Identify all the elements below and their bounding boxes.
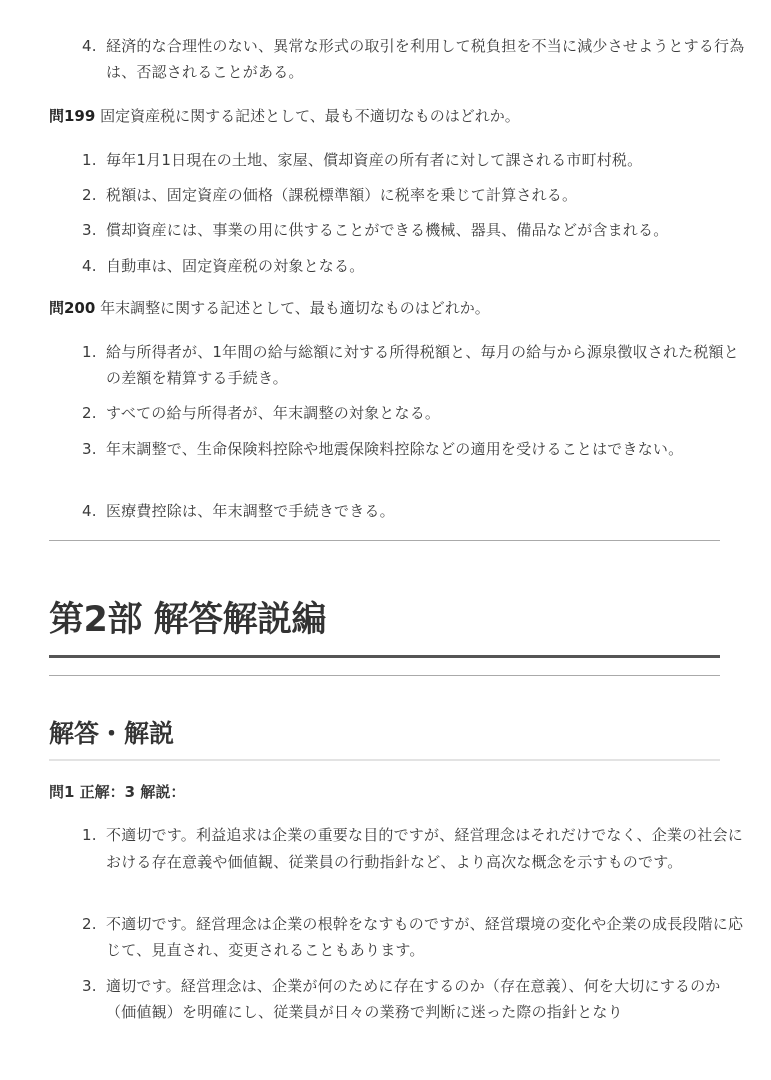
option-number: 3. — [82, 436, 106, 462]
option-text: 毎年1月1日現在の土地、家屋、償却資産の所有者に対して課される市町村税。 — [106, 151, 642, 169]
question-text: 年末調整に関する記述として、最も適切なものはどれか。 — [100, 299, 490, 317]
q199-option-4: 4.自動車は、固定資産税の対象となる。 — [82, 253, 746, 279]
answer-1-item-2: 2.不適切です。経営理念は企業の根幹をなすものですが、経営環境の変化や企業の成長… — [82, 911, 746, 963]
option-number: 1. — [82, 339, 106, 365]
answer-1-item-3: 3.適切です。経営理念は、企業が何のために存在するのか（存在意義）、何を大切にす… — [82, 973, 746, 1025]
item-number: 1. — [82, 822, 106, 849]
answer-1-item-1: 1.不適切です。利益追求は企業の重要な目的ですが、経営理念はそれだけでなく、企業… — [82, 822, 746, 876]
title-underline — [49, 655, 720, 658]
q199-option-3: 3.償却資産には、事業の用に供することができる機械、器具、備品などが含まれる。 — [82, 217, 746, 243]
option-text: 償却資産には、事業の用に供することができる機械、器具、備品などが含まれる。 — [106, 221, 668, 239]
option-number: 4. — [82, 33, 106, 59]
item-number: 2. — [82, 911, 106, 937]
option-text: 医療費控除は、年末調整で手続きできる。 — [106, 502, 395, 520]
question-label: 問199 — [49, 107, 95, 125]
q200-option-3: 3.年末調整で、生命保険料控除や地震保険料控除などの適用を受けることはできない。 — [82, 436, 746, 462]
question-text: 固定資産税に関する記述として、最も不適切なものはどれか。 — [100, 107, 520, 125]
option-number: 4. — [82, 498, 106, 524]
section-title-underline — [49, 759, 720, 761]
question-200: 問200 年末調整に関する記述として、最も適切なものはどれか。 — [49, 296, 720, 320]
item-text: 適切です。経営理念は、企業が何のために存在するのか（存在意義）、何を大切にするの… — [106, 977, 721, 1021]
q200-option-4: 4.医療費控除は、年末調整で手続きできる。 — [82, 498, 746, 524]
q199-option-1: 1.毎年1月1日現在の土地、家屋、償却資産の所有者に対して課される市町村税。 — [82, 147, 746, 173]
option-text: 税額は、固定資産の価格（課税標準額）に税率を乗じて計算される。 — [106, 186, 577, 204]
question-label: 問200 — [49, 299, 95, 317]
option-number: 2. — [82, 400, 106, 426]
option-number: 2. — [82, 182, 106, 208]
option-text: 経済的な合理性のない、異常な形式の取引を利用して税負担を不当に減少させようとする… — [106, 37, 744, 81]
item-number: 3. — [82, 973, 106, 999]
item-text: 不適切です。経営理念は企業の根幹をなすものですが、経営環境の変化や企業の成長段階… — [106, 915, 743, 959]
q199-option-2: 2.税額は、固定資産の価格（課税標準額）に税率を乗じて計算される。 — [82, 182, 746, 208]
option-number: 4. — [82, 253, 106, 279]
option-number: 3. — [82, 217, 106, 243]
question-199: 問199 固定資産税に関する記述として、最も不適切なものはどれか。 — [49, 104, 720, 128]
answer-1-header: 問1 正解：3 解説： — [49, 780, 185, 804]
option-text: すべての給与所得者が、年末調整の対象となる。 — [106, 404, 440, 422]
option-text: 給与所得者が、1年間の給与総額に対する所得税額と、毎月の給与から源泉徴収された税… — [106, 343, 739, 387]
part-title: 第2部 解答解説編 — [49, 596, 326, 644]
section-divider — [49, 540, 720, 541]
title-divider — [49, 675, 720, 676]
q198-option-4: 4.経済的な合理性のない、異常な形式の取引を利用して税負担を不当に減少させようと… — [82, 33, 746, 85]
q200-option-2: 2.すべての給与所得者が、年末調整の対象となる。 — [82, 400, 746, 426]
q200-option-1: 1.給与所得者が、1年間の給与総額に対する所得税額と、毎月の給与から源泉徴収され… — [82, 339, 746, 391]
option-text: 自動車は、固定資産税の対象となる。 — [106, 257, 364, 275]
option-text: 年末調整で、生命保険料控除や地震保険料控除などの適用を受けることはできない。 — [106, 440, 683, 458]
item-text: 不適切です。利益追求は企業の重要な目的ですが、経営理念はそれだけでなく、企業の社… — [106, 826, 743, 871]
section-title: 解答・解説 — [49, 716, 174, 752]
option-number: 1. — [82, 147, 106, 173]
